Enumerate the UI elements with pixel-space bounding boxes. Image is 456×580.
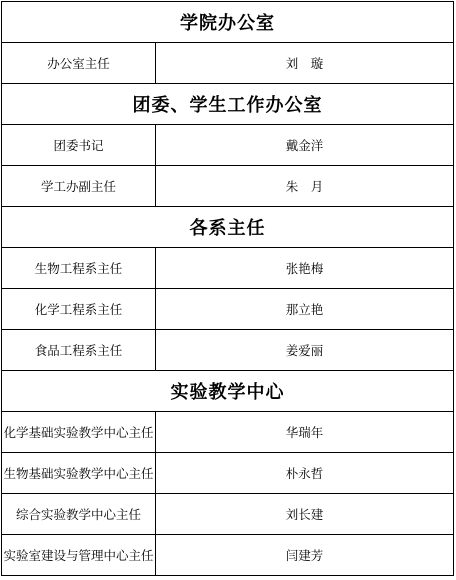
- role-cell: 食品工程系主任: [2, 330, 156, 371]
- name-cell: 朴永哲: [156, 453, 454, 494]
- name-cell: 刘长建: [156, 494, 454, 535]
- name-cell: 那立艳: [156, 289, 454, 330]
- table-row: 食品工程系主任 姜爱丽: [2, 330, 454, 371]
- table-row: 生物工程系主任 张艳梅: [2, 248, 454, 289]
- name-cell: 姜爱丽: [156, 330, 454, 371]
- name-cell: 闫建芳: [156, 535, 454, 576]
- name-cell: 戴金洋: [156, 125, 454, 166]
- section-title: 实验教学中心: [2, 371, 454, 412]
- section-title: 团委、学生工作办公室: [2, 84, 454, 125]
- role-cell: 化学基础实验教学中心主任: [2, 412, 156, 453]
- section-header-row: 实验教学中心: [2, 371, 454, 412]
- name-cell: 华瑞年: [156, 412, 454, 453]
- table-row: 团委书记 戴金洋: [2, 125, 454, 166]
- role-cell: 团委书记: [2, 125, 156, 166]
- table-row: 综合实验教学中心主任 刘长建: [2, 494, 454, 535]
- role-cell: 生物工程系主任: [2, 248, 156, 289]
- name-cell: 张艳梅: [156, 248, 454, 289]
- name-cell: 朱 月: [156, 166, 454, 207]
- table-row: 学工办副主任 朱 月: [2, 166, 454, 207]
- table-row: 办公室主任 刘 璇: [2, 43, 454, 84]
- name-cell: 刘 璇: [156, 43, 454, 84]
- staff-directory-table: 学院办公室 办公室主任 刘 璇 团委、学生工作办公室 团委书记 戴金洋 学工办副…: [1, 1, 454, 576]
- table-row: 化学基础实验教学中心主任 华瑞年: [2, 412, 454, 453]
- table-row: 化学工程系主任 那立艳: [2, 289, 454, 330]
- role-cell: 实验室建设与管理中心主任: [2, 535, 156, 576]
- table-row: 实验室建设与管理中心主任 闫建芳: [2, 535, 454, 576]
- role-cell: 生物基础实验教学中心主任: [2, 453, 156, 494]
- section-title: 学院办公室: [2, 2, 454, 43]
- section-header-row: 团委、学生工作办公室: [2, 84, 454, 125]
- table-row: 生物基础实验教学中心主任 朴永哲: [2, 453, 454, 494]
- section-title: 各系主任: [2, 207, 454, 248]
- role-cell: 办公室主任: [2, 43, 156, 84]
- role-cell: 综合实验教学中心主任: [2, 494, 156, 535]
- section-header-row: 各系主任: [2, 207, 454, 248]
- section-header-row: 学院办公室: [2, 2, 454, 43]
- role-cell: 化学工程系主任: [2, 289, 156, 330]
- role-cell: 学工办副主任: [2, 166, 156, 207]
